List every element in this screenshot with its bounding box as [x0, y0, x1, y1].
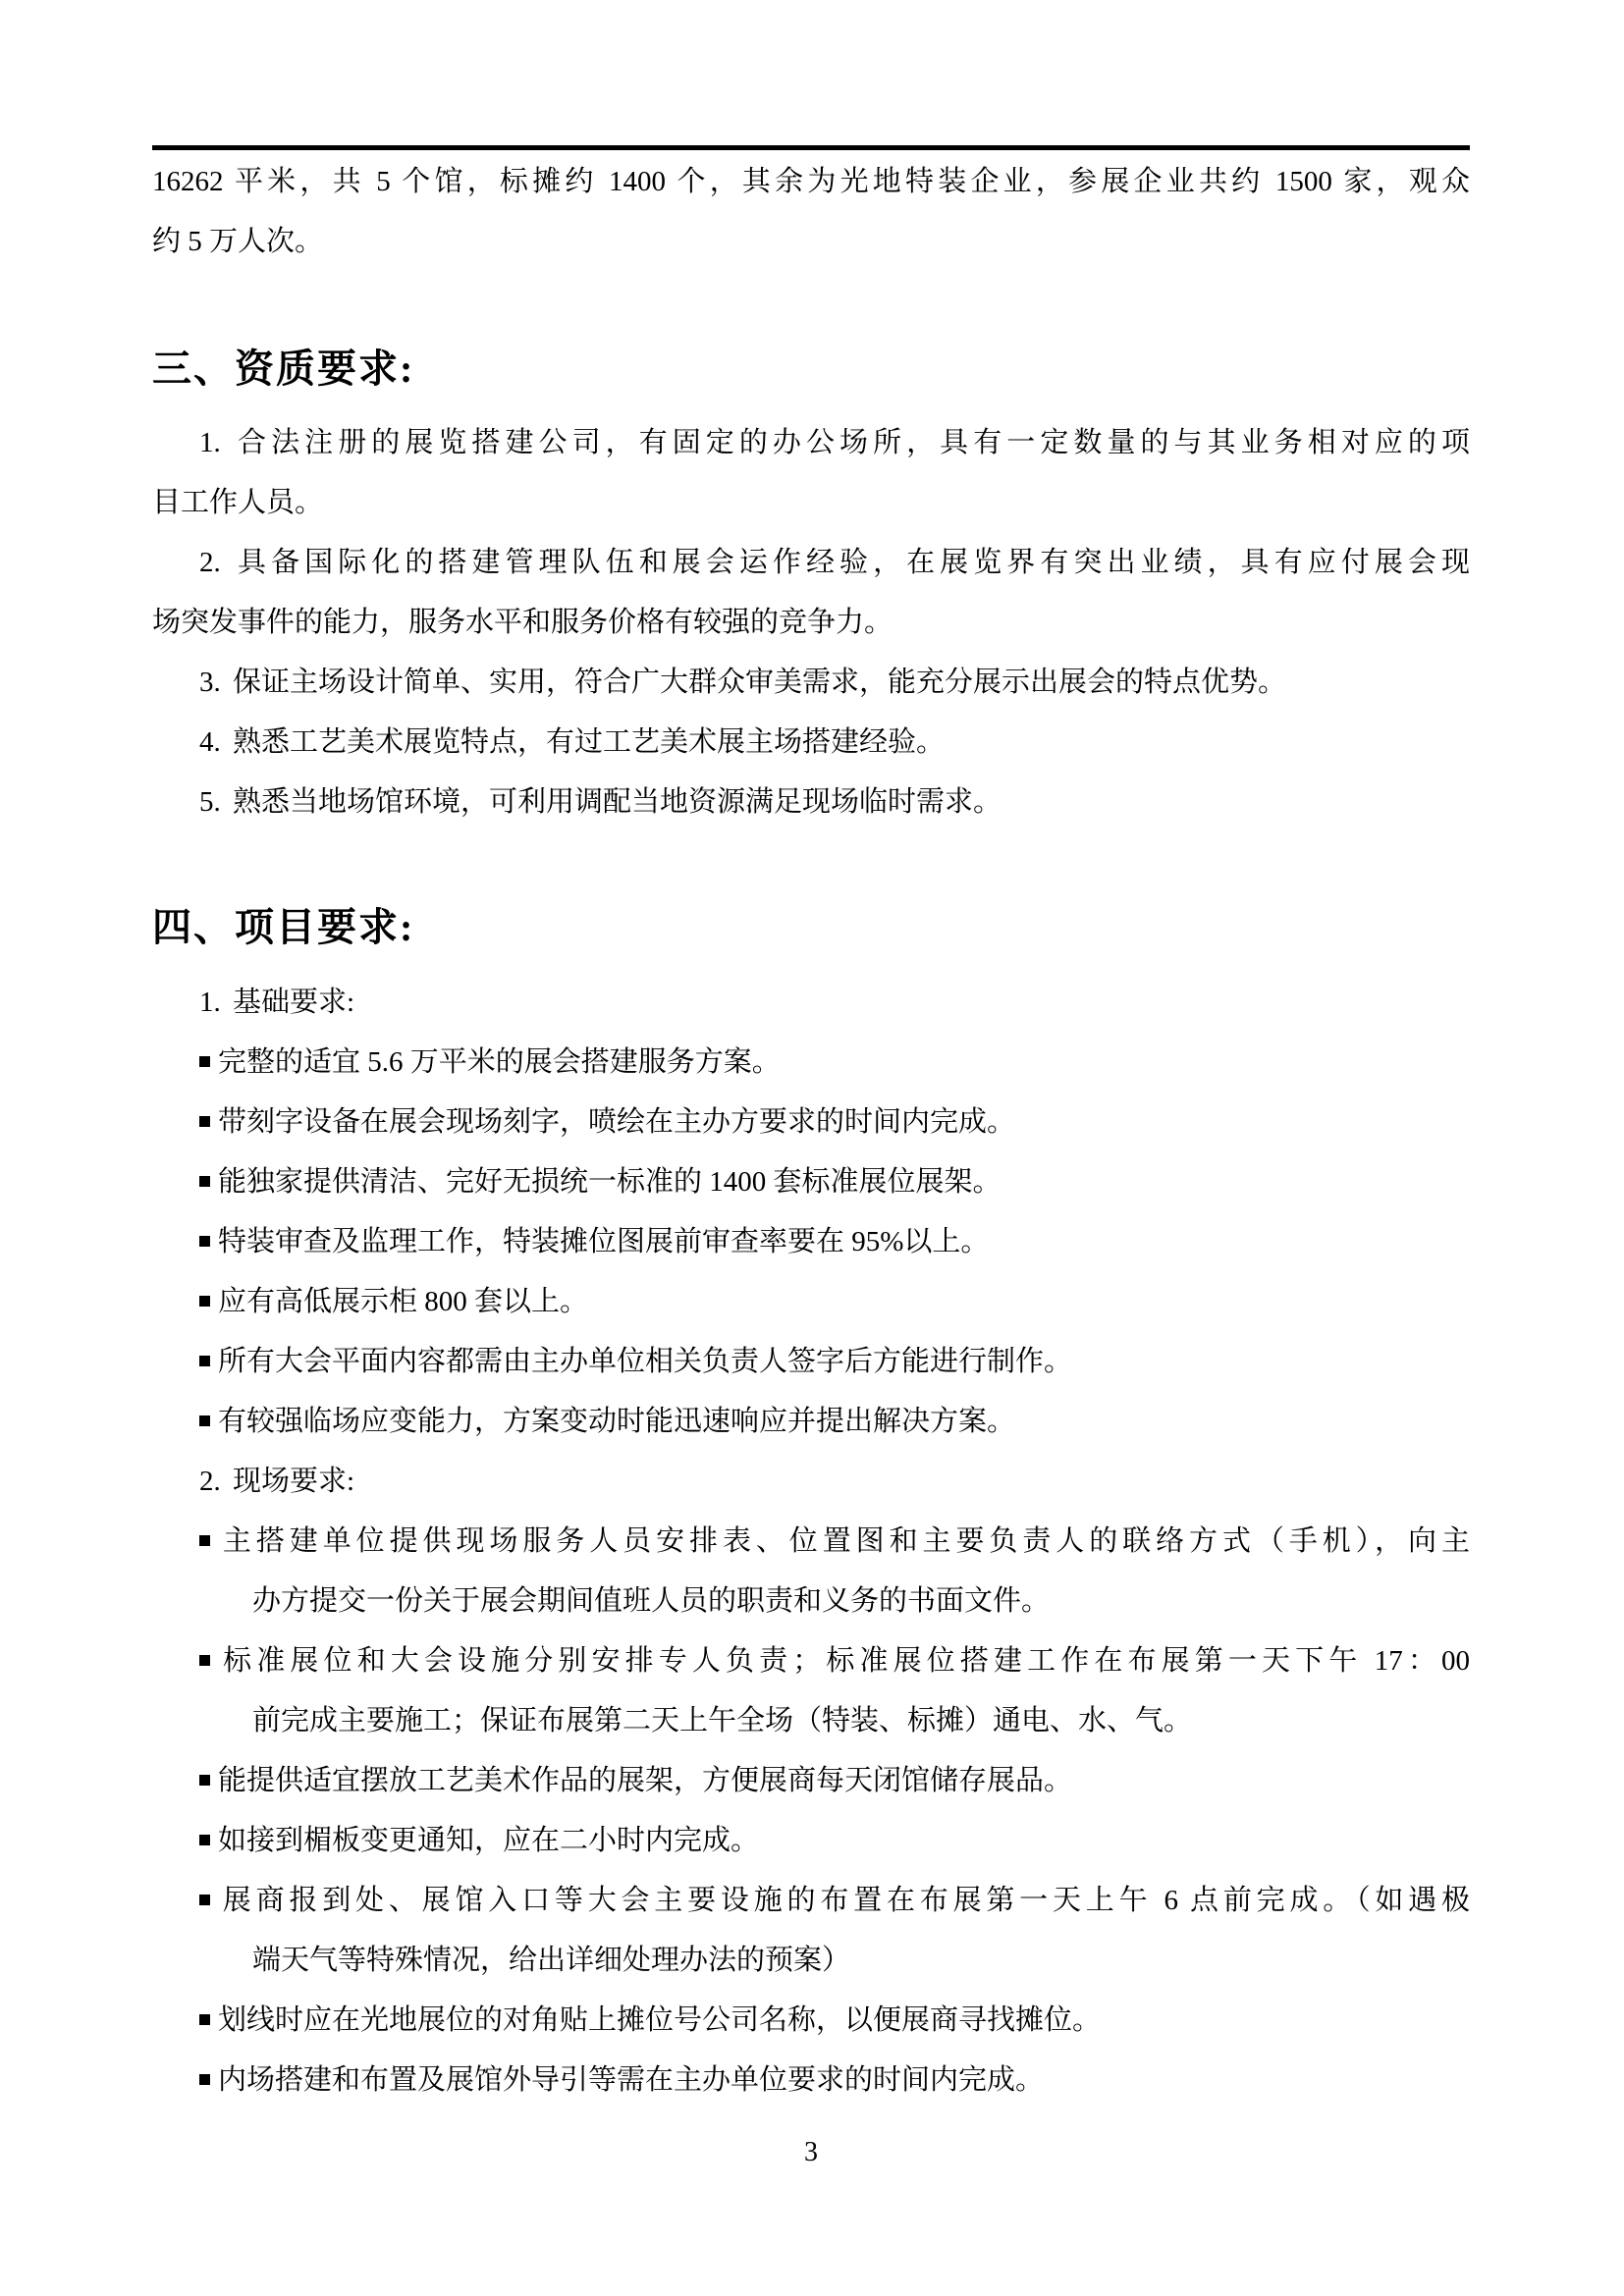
bullet-icon — [199, 1356, 210, 1366]
bullet-icon — [199, 1895, 210, 1905]
item-number: 2. — [199, 1452, 233, 1512]
bullet-item: 所有大会平面内容都需由主办单位相关负责人签字后方能进行制作。 — [152, 1332, 1470, 1392]
text-line: 办方提交一份关于展会期间值班人员的职责和义务的书面文件。 — [152, 1572, 1470, 1631]
bullet-icon — [199, 2074, 210, 2085]
header-rule — [152, 0, 1470, 150]
item-number: 1. — [199, 973, 233, 1033]
bullet-icon — [199, 1056, 210, 1067]
bullet-item: 如接到楣板变更通知，应在二小时内完成。 — [152, 1811, 1470, 1871]
item-text: 带刻字设备在展会现场刻字，喷绘在主办方要求的时间内完成。 — [218, 1106, 1015, 1138]
text-line: 前完成主要施工；保证布展第二天上午全场（特装、标摊）通电、水、气。 — [152, 1691, 1470, 1751]
item-text: 所有大会平面内容都需由主办单位相关负责人签字后方能进行制作。 — [218, 1346, 1072, 1377]
section-heading-project-requirements: 四、项目要求: — [152, 897, 1470, 957]
numbered-item: 5.熟悉当地场馆环境，可利用调配当地资源满足现场临时需求。 — [152, 773, 1470, 832]
item-number: 2. — [199, 533, 233, 593]
bullet-icon — [199, 1176, 210, 1187]
numbered-item: 2.现场要求: — [152, 1452, 1470, 1512]
bullet-item: 特装审查及监理工作，特装摊位图展前审查率要在 95%以上。 — [152, 1212, 1470, 1272]
item-number: 1. — [199, 413, 233, 473]
bullet-item: 展商报到处、展馆入口等大会主要设施的布置在布展第一天上午 6 点前完成。（如遇极 — [152, 1871, 1470, 1931]
page-number: 3 — [152, 2122, 1470, 2182]
text-line: 约 5 万人次。 — [152, 212, 1470, 272]
text-line: 16262 平米，共 5 个馆，标摊约 1400 个，其余为光地特装企业，参展企… — [152, 152, 1470, 212]
item-text: 合法注册的展览搭建公司，有固定的办公场所，具有一定数量的与其业务相对应的项 — [233, 427, 1470, 458]
item-text: 保证主场设计简单、实用，符合广大群众审美需求，能充分展示出展会的特点优势。 — [233, 667, 1286, 698]
bullet-item: 内场搭建和布置及展馆外导引等需在主办单位要求的时间内完成。 — [152, 2051, 1470, 2110]
qualification-list: 1.合法注册的展览搭建公司，有固定的办公场所，具有一定数量的与其业务相对应的项 … — [152, 413, 1470, 832]
bullet-item: 完整的适宜 5.6 万平米的展会搭建服务方案。 — [152, 1033, 1470, 1093]
onsite-requirements-list: 主搭建单位提供现场服务人员安排表、位置图和主要负责人的联络方式（手机），向主 办… — [152, 1512, 1470, 2110]
bullet-item: 能提供适宜摆放工艺美术作品的展架，方便展商每天闭馆储存展品。 — [152, 1751, 1470, 1811]
text-line: 目工作人员。 — [152, 473, 1470, 533]
item-text: 展商报到处、展馆入口等大会主要设施的布置在布展第一天上午 6 点前完成。（如遇极 — [218, 1885, 1470, 1916]
item-text: 如接到楣板变更通知，应在二小时内完成。 — [218, 1825, 759, 1856]
item-text: 应有高低展示柜 800 套以上。 — [218, 1286, 588, 1317]
item-text: 有较强临场应变能力，方案变动时能迅速响应并提出解决方案。 — [218, 1406, 1015, 1437]
bullet-item: 划线时应在光地展位的对角贴上摊位号公司名称，以便展商寻找摊位。 — [152, 1991, 1470, 2051]
item-text: 内场搭建和布置及展馆外导引等需在主办单位要求的时间内完成。 — [218, 2064, 1044, 2096]
bullet-item: 主搭建单位提供现场服务人员安排表、位置图和主要负责人的联络方式（手机），向主 — [152, 1512, 1470, 1572]
bullet-icon — [199, 1236, 210, 1247]
bullet-item: 标准展位和大会设施分别安排专人负责；标准展位搭建工作在布展第一天下午 17：00 — [152, 1631, 1470, 1691]
bullet-icon — [199, 1835, 210, 1845]
numbered-item: 4.熟悉工艺美术展览特点，有过工艺美术展主场搭建经验。 — [152, 713, 1470, 773]
bullet-icon — [199, 1655, 210, 1666]
item-text: 能独家提供清洁、完好无损统一标准的 1400 套标准展位展架。 — [218, 1166, 1001, 1198]
numbered-item: 1.基础要求: — [152, 973, 1470, 1033]
document-page: 16262 平米，共 5 个馆，标摊约 1400 个，其余为光地特装企业，参展企… — [0, 0, 1624, 2296]
basic-requirements-list: 完整的适宜 5.6 万平米的展会搭建服务方案。 带刻字设备在展会现场刻字，喷绘在… — [152, 1033, 1470, 1452]
item-number: 3. — [199, 653, 233, 713]
numbered-item: 2.具备国际化的搭建管理队伍和展会运作经验，在展览界有突出业绩，具有应付展会现 — [152, 533, 1470, 593]
bullet-icon — [199, 1535, 210, 1546]
section-heading-qualifications: 三、资质要求: — [152, 339, 1470, 399]
bullet-item: 有较强临场应变能力，方案变动时能迅速响应并提出解决方案。 — [152, 1392, 1470, 1452]
item-text: 能提供适宜摆放工艺美术作品的展架，方便展商每天闭馆储存展品。 — [218, 1765, 1072, 1796]
item-text: 标准展位和大会设施分别安排专人负责；标准展位搭建工作在布展第一天下午 17：00 — [218, 1645, 1470, 1677]
item-text: 具备国际化的搭建管理队伍和展会运作经验，在展览界有突出业绩，具有应付展会现 — [233, 547, 1470, 578]
item-text: 主搭建单位提供现场服务人员安排表、位置图和主要负责人的联络方式（手机），向主 — [218, 1525, 1470, 1557]
item-text: 特装审查及监理工作，特装摊位图展前审查率要在 95%以上。 — [218, 1226, 989, 1257]
bullet-icon — [199, 1116, 210, 1127]
intro-paragraph: 16262 平米，共 5 个馆，标摊约 1400 个，其余为光地特装企业，参展企… — [152, 152, 1470, 272]
item-text: 划线时应在光地展位的对角贴上摊位号公司名称，以便展商寻找摊位。 — [218, 2004, 1101, 2036]
bullet-icon — [199, 1775, 210, 1786]
item-text: 熟悉当地场馆环境，可利用调配当地资源满足现场临时需求。 — [233, 786, 1001, 818]
numbered-item: 3.保证主场设计简单、实用，符合广大群众审美需求，能充分展示出展会的特点优势。 — [152, 653, 1470, 713]
text-line: 场突发事件的能力，服务水平和服务价格有较强的竞争力。 — [152, 593, 1470, 653]
bullet-item: 能独家提供清洁、完好无损统一标准的 1400 套标准展位展架。 — [152, 1152, 1470, 1212]
numbered-item: 1.合法注册的展览搭建公司，有固定的办公场所，具有一定数量的与其业务相对应的项 — [152, 413, 1470, 473]
bullet-icon — [199, 2014, 210, 2025]
item-number: 5. — [199, 773, 233, 832]
text-line: 端天气等特殊情况，给出详细处理办法的预案） — [152, 1931, 1470, 1991]
item-number: 4. — [199, 713, 233, 773]
bullet-item: 应有高低展示柜 800 套以上。 — [152, 1272, 1470, 1332]
bullet-icon — [199, 1415, 210, 1426]
item-text: 熟悉工艺美术展览特点，有过工艺美术展主场搭建经验。 — [233, 726, 945, 758]
item-text: 基础要求: — [233, 987, 354, 1018]
item-text: 完整的适宜 5.6 万平米的展会搭建服务方案。 — [218, 1046, 781, 1078]
item-text: 现场要求: — [233, 1466, 354, 1497]
bullet-item: 带刻字设备在展会现场刻字，喷绘在主办方要求的时间内完成。 — [152, 1093, 1470, 1152]
bullet-icon — [199, 1296, 210, 1307]
